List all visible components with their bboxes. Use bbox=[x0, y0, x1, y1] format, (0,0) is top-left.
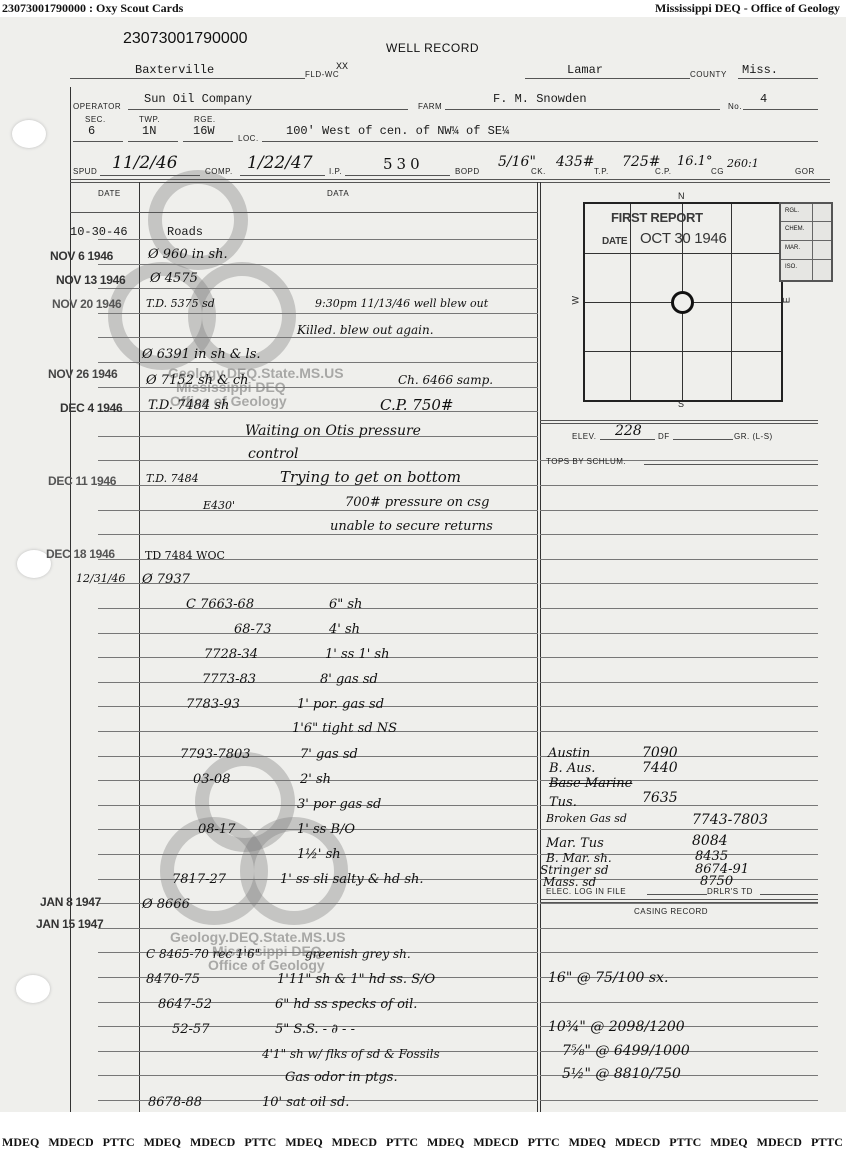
log-note: 8' gas sd bbox=[320, 672, 378, 687]
log-note: 1'6" tight sd NS bbox=[292, 721, 397, 736]
plat-divider bbox=[540, 420, 818, 421]
date-stamp: NOV 26 1946 bbox=[48, 367, 117, 381]
operator-value: Sun Oil Company bbox=[144, 92, 252, 106]
bopd-label: BOPD bbox=[455, 167, 480, 176]
header-divider bbox=[70, 179, 830, 180]
tops-underline bbox=[644, 464, 818, 465]
header-divider bbox=[70, 182, 830, 183]
api-number: 23073001790000 bbox=[123, 30, 248, 48]
log-note: Ch. 6466 samp. bbox=[398, 373, 493, 387]
agency-title: Mississippi DEQ - Office of Geology bbox=[655, 0, 840, 16]
log-data: Ø 960 in sh. bbox=[148, 247, 228, 262]
cg-label: CG bbox=[711, 167, 724, 176]
log-data: 7773-83 bbox=[202, 672, 256, 687]
form-title: WELL RECORD bbox=[386, 41, 479, 55]
operator-underline bbox=[128, 109, 408, 110]
elec-log-label: ELEC. LOG IN FILE bbox=[546, 887, 626, 896]
loc-underline bbox=[262, 141, 818, 142]
data-header: DATA bbox=[327, 189, 349, 198]
farm-underline bbox=[445, 109, 720, 110]
elev-value: 228 bbox=[615, 423, 642, 439]
ruled-line bbox=[540, 583, 818, 584]
df-underline bbox=[673, 439, 733, 440]
well-no-value: 4 bbox=[760, 92, 767, 106]
casing-divider bbox=[540, 902, 818, 903]
log-note: 4'1" sh w/ flks of sd & Fossils bbox=[262, 1047, 440, 1061]
log-data: T.D. 7484 bbox=[146, 472, 199, 485]
ruled-line bbox=[98, 682, 538, 683]
elec-log-underline bbox=[647, 894, 707, 895]
ck-label: CK. bbox=[531, 167, 546, 176]
cp-label: C.P. bbox=[655, 167, 672, 176]
spud-value: 11/2/46 bbox=[112, 153, 178, 173]
tops-label: TOPS BY SCHLUM. bbox=[546, 457, 626, 466]
date-header: DATE bbox=[98, 189, 121, 198]
ruled-line bbox=[540, 682, 818, 683]
log-note: 1'11" sh & 1" hd ss. S/O bbox=[277, 972, 435, 987]
top-depth: 8084 bbox=[692, 833, 728, 849]
twp-underline bbox=[128, 141, 178, 142]
log-note: Waiting on Otis pressure bbox=[245, 423, 421, 439]
ruled-line bbox=[98, 337, 538, 338]
ruled-line bbox=[540, 731, 818, 732]
ruled-line bbox=[98, 264, 538, 265]
log-date: 10-30-46 bbox=[70, 225, 128, 239]
log-data: Ø 7937 bbox=[142, 572, 190, 587]
loc-label: LOC. bbox=[238, 134, 259, 143]
log-note: 700# pressure on csg bbox=[345, 495, 489, 510]
drlr-td-label: DRLR'S TD bbox=[707, 887, 753, 896]
well-location-symbol bbox=[671, 291, 694, 314]
ruled-line bbox=[98, 460, 538, 461]
ruled-line bbox=[540, 903, 818, 904]
ruled-line bbox=[98, 928, 538, 929]
ruled-line bbox=[98, 608, 538, 609]
ck-value: 435# bbox=[556, 154, 594, 170]
log-data: 7783-93 bbox=[186, 697, 240, 712]
west-label: W bbox=[571, 296, 581, 305]
top-name: Broken Gas sd bbox=[546, 812, 627, 825]
farm-value: F. M. Snowden bbox=[493, 92, 587, 106]
field-mark: XX bbox=[336, 62, 348, 73]
ruled-line bbox=[540, 829, 818, 830]
log-data: Ø 8666 bbox=[142, 897, 190, 912]
ruled-line bbox=[540, 1100, 818, 1101]
document-title: 23073001790000 : Oxy Scout Cards bbox=[2, 0, 183, 16]
ruled-line bbox=[98, 657, 538, 658]
log-data: 8470-75 bbox=[146, 972, 200, 987]
date-stamp: NOV 13 1946 bbox=[56, 273, 125, 287]
log-note: 4' sh bbox=[329, 622, 360, 637]
log-note: Gas odor in ptgs. bbox=[285, 1070, 398, 1085]
operator-label: OPERATOR bbox=[73, 102, 121, 111]
top-name-struck: Base Marine bbox=[549, 776, 632, 791]
field-value: Baxterville bbox=[135, 63, 214, 77]
sec-label: SEC. bbox=[85, 115, 106, 124]
log-note: unable to secure returns bbox=[330, 519, 493, 534]
log-data: T.D. 5375 sd bbox=[146, 297, 215, 310]
date-column-divider bbox=[139, 182, 140, 1112]
date-stamp: NOV 6 1946 bbox=[50, 249, 113, 263]
viewer-footer: MDEQ MDECD PTTC MDEQ MDECD PTTC MDEQ MDE… bbox=[0, 1134, 846, 1151]
stamp-date: OCT 30 1946 bbox=[640, 230, 726, 247]
ruled-line bbox=[98, 362, 538, 363]
spud-label: SPUD bbox=[73, 167, 97, 176]
date-stamp: DEC 4 1946 bbox=[60, 401, 122, 415]
log-date-handwritten: 12/31/46 bbox=[76, 572, 125, 585]
ruled-line bbox=[98, 239, 538, 240]
comp-value: 1/22/47 bbox=[247, 153, 313, 173]
log-note: Trying to get on bottom bbox=[280, 468, 461, 486]
ruled-line bbox=[540, 657, 818, 658]
top-name: Austin bbox=[548, 746, 590, 761]
casing-entry: 16" @ 75/100 sx. bbox=[548, 970, 668, 986]
sec-underline bbox=[73, 141, 123, 142]
log-note: 1' por. gas sd bbox=[297, 697, 384, 712]
spud-underline bbox=[100, 175, 200, 176]
log-data: C 7663-68 bbox=[186, 597, 254, 612]
log-note: 2' sh bbox=[300, 772, 331, 787]
farm-label: FARM bbox=[418, 102, 442, 111]
state-value: Miss. bbox=[742, 63, 778, 77]
tp-label: T.P. bbox=[594, 167, 609, 176]
ruled-line bbox=[540, 1002, 818, 1003]
ruled-line bbox=[540, 534, 818, 535]
log-note: 1½' sh bbox=[297, 847, 341, 862]
rge-value: 16W bbox=[193, 124, 215, 138]
top-name: Tus. bbox=[549, 795, 577, 810]
punch-hole bbox=[16, 975, 50, 1003]
date-stamp: DEC 18 1946 bbox=[46, 547, 115, 561]
comp-underline bbox=[240, 175, 325, 176]
log-data: E430' bbox=[203, 499, 235, 512]
cg-value: 260:1 bbox=[727, 157, 759, 170]
ip-value: 530 bbox=[383, 155, 424, 173]
elev-label: ELEV. bbox=[572, 432, 596, 441]
log-data: 8647-52 bbox=[158, 997, 212, 1012]
table-header-divider bbox=[70, 212, 538, 213]
log-note: 6" sh bbox=[329, 597, 362, 612]
well-no-label: No. bbox=[728, 102, 742, 111]
ip-label: I.P. bbox=[329, 167, 342, 176]
ruled-line bbox=[98, 534, 538, 535]
log-note: C.P. 750# bbox=[380, 396, 454, 414]
cp-value: 16.1° bbox=[677, 154, 712, 169]
ruled-line bbox=[540, 559, 818, 560]
county-value: Lamar bbox=[567, 63, 603, 77]
casing-divider bbox=[540, 899, 818, 900]
rge-label: RGE. bbox=[194, 115, 216, 124]
log-note: Killed. blew out again. bbox=[297, 323, 434, 337]
drlr-td-underline bbox=[760, 894, 818, 895]
casing-entry: 7⅝" @ 6499/1000 bbox=[562, 1043, 690, 1059]
routing-item-mar: MAR. bbox=[781, 241, 831, 260]
log-data: Ø 7152 sh & ch bbox=[146, 373, 249, 388]
field-label: FLD-WC bbox=[305, 70, 339, 79]
log-note: greenish grey sh. bbox=[305, 947, 411, 961]
sec-value: 6 bbox=[88, 124, 95, 138]
gr-label: GR. (L-S) bbox=[734, 432, 773, 441]
comp-label: COMP. bbox=[205, 167, 233, 176]
log-data: Ø 4575 bbox=[150, 271, 198, 286]
routing-item-rgl: RGL. bbox=[781, 204, 831, 222]
log-note: 6" hd ss specks of oil. bbox=[275, 997, 417, 1012]
ruled-line bbox=[98, 288, 538, 289]
county-underline bbox=[525, 78, 690, 79]
top-depth: 7635 bbox=[642, 790, 678, 806]
ruled-line bbox=[98, 510, 538, 511]
casing-entry: 10¾" @ 2098/1200 bbox=[548, 1019, 685, 1035]
north-label: N bbox=[678, 191, 685, 201]
routing-box: RGL. CHEM. MAR. ISO. bbox=[779, 202, 833, 282]
plat-divider bbox=[540, 423, 818, 424]
ruled-line bbox=[540, 485, 818, 486]
ruled-line bbox=[98, 313, 538, 314]
log-note: 1' ss sli salty & hd sh. bbox=[280, 872, 424, 887]
ruled-line bbox=[540, 706, 818, 707]
date-stamp: DEC 11 1946 bbox=[48, 474, 116, 488]
ruled-line bbox=[540, 510, 818, 511]
first-report-stamp: FIRST REPORT bbox=[611, 210, 703, 225]
ruled-line bbox=[540, 928, 818, 929]
punch-hole bbox=[12, 120, 46, 148]
twp-label: TWP. bbox=[139, 115, 160, 124]
state-underline bbox=[738, 78, 818, 79]
ruled-line bbox=[540, 952, 818, 953]
casing-record-label: CASING RECORD bbox=[634, 907, 708, 916]
log-data: 52-57 bbox=[172, 1022, 209, 1037]
routing-item-iso: ISO. bbox=[781, 260, 831, 278]
scout-card: Geology.DEQ.State.MS.US Mississippi DEQ … bbox=[0, 17, 846, 1112]
log-note: 1' ss B/O bbox=[297, 822, 355, 837]
top-name: B. Aus. bbox=[549, 761, 595, 776]
log-data: 03-08 bbox=[193, 772, 230, 787]
log-data: 68-73 bbox=[234, 622, 271, 637]
top-depth: 7090 bbox=[642, 745, 678, 761]
twp-value: 1N bbox=[142, 124, 156, 138]
ruled-line bbox=[98, 633, 538, 634]
df-label: DF bbox=[658, 432, 670, 441]
log-note: control bbox=[248, 446, 299, 462]
data-column-divider bbox=[540, 182, 541, 1112]
routing-item-chem: CHEM. bbox=[781, 222, 831, 241]
date-stamp: NOV 20 1946 bbox=[52, 297, 121, 311]
log-note: 3' por gas sd bbox=[297, 797, 381, 812]
gor-label: GOR bbox=[795, 167, 815, 176]
log-note: 10' sat oil sd. bbox=[262, 1095, 349, 1110]
date-stamp: JAN 8 1947 bbox=[40, 895, 101, 909]
log-data: Ø 6391 in sh & ls. bbox=[142, 347, 261, 362]
log-data: C 8465-70 rec 1'6" bbox=[146, 947, 260, 961]
log-note: 1' ss 1' sh bbox=[325, 647, 389, 662]
top-name: Mar. Tus bbox=[546, 836, 604, 851]
casing-entry: 5½" @ 8810/750 bbox=[562, 1066, 681, 1082]
well-no-underline bbox=[743, 109, 818, 110]
field-underline bbox=[70, 78, 305, 79]
log-note: 5" S.S. - ∂ - - bbox=[275, 1022, 355, 1037]
log-data: 7728-34 bbox=[204, 647, 258, 662]
rge-underline bbox=[183, 141, 233, 142]
date-stamp: JAN 15 1947 bbox=[36, 917, 103, 931]
county-label: COUNTY bbox=[690, 70, 727, 79]
top-depth: 7743-7803 bbox=[692, 812, 768, 828]
top-depth: 7440 bbox=[642, 760, 678, 776]
stamp-date-label: DATE bbox=[602, 236, 627, 247]
ruled-line bbox=[540, 608, 818, 609]
log-data: 7793-7803 bbox=[180, 747, 251, 762]
ruled-line bbox=[540, 633, 818, 634]
data-column-divider bbox=[537, 182, 538, 1112]
log-data: 08-17 bbox=[198, 822, 235, 837]
log-data: TD 7484 WOC bbox=[145, 549, 225, 562]
log-data: Roads bbox=[167, 225, 203, 239]
log-note: 7' gas sd bbox=[300, 747, 358, 762]
viewer-header: 23073001790000 : Oxy Scout Cards Mississ… bbox=[0, 0, 846, 16]
log-data: 8678-88 bbox=[148, 1095, 202, 1110]
margin-line bbox=[70, 87, 71, 1112]
log-data: T.D. 7484 sh bbox=[148, 398, 229, 413]
log-note: 9:30pm 11/13/46 well blew out bbox=[315, 297, 488, 310]
ip-underline bbox=[345, 175, 450, 176]
ruled-line bbox=[540, 805, 818, 806]
loc-value: 100' West of cen. of NW¼ of SE¼ bbox=[286, 124, 509, 138]
log-data: 7817-27 bbox=[172, 872, 226, 887]
elev-underline bbox=[600, 439, 655, 440]
